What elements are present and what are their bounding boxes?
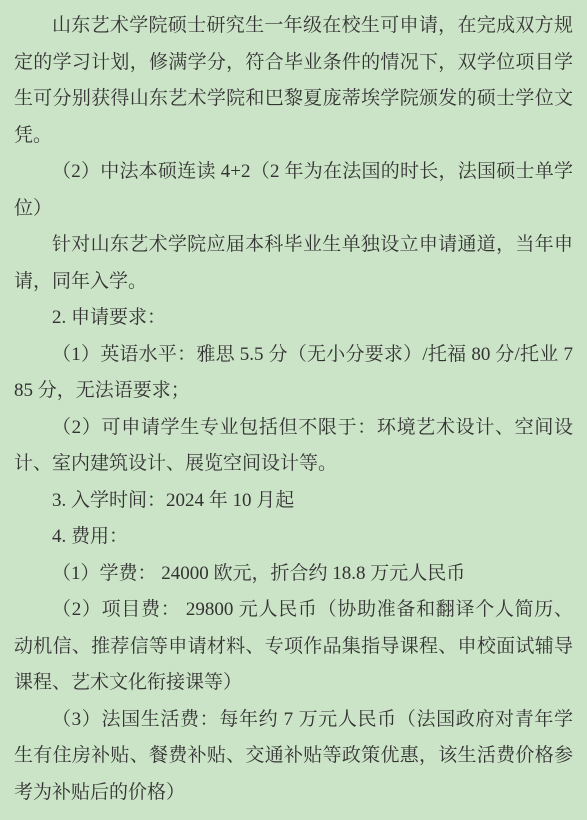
document-page: 山东艺术学院硕士研究生一年级在校生可申请，在完成双方规定的学习计划，修满学分，符…	[0, 0, 587, 820]
paragraph-application-channel: 针对山东艺术学院应届本科毕业生单独设立申请通道，当年申请，同年入学。	[14, 227, 573, 300]
paragraph-program-fee: （2）项目费： 29800 元人民币（协助准备和翻译个人简历、动机信、推荐信等申…	[14, 592, 573, 702]
paragraph-tuition-fee: （1）学费： 24000 欧元，折合约 18.8 万元人民币	[14, 556, 573, 593]
paragraph-program-4plus2: （2）中法本硕连读 4+2（2 年为在法国的时长，法国硕士单学位）	[14, 154, 573, 227]
paragraph-eligible-majors: （2）可申请学生专业包括但不限于：环境艺术设计、空间设计、室内建筑设计、展览空间…	[14, 410, 573, 483]
paragraph-degree-info: 山东艺术学院硕士研究生一年级在校生可申请，在完成双方规定的学习计划，修满学分，符…	[14, 8, 573, 154]
paragraph-requirements-heading: 2. 申请要求：	[14, 300, 573, 337]
paragraph-english-requirement: （1）英语水平：雅思 5.5 分（无小分要求）/托福 80 分/托业 785 分…	[14, 337, 573, 410]
paragraph-enrollment-time: 3. 入学时间：2024 年 10 月起	[14, 483, 573, 520]
paragraph-living-cost: （3）法国生活费：每年约 7 万元人民币（法国政府对青年学生有住房补贴、餐费补贴…	[14, 702, 573, 812]
paragraph-fees-heading: 4. 费用：	[14, 519, 573, 556]
